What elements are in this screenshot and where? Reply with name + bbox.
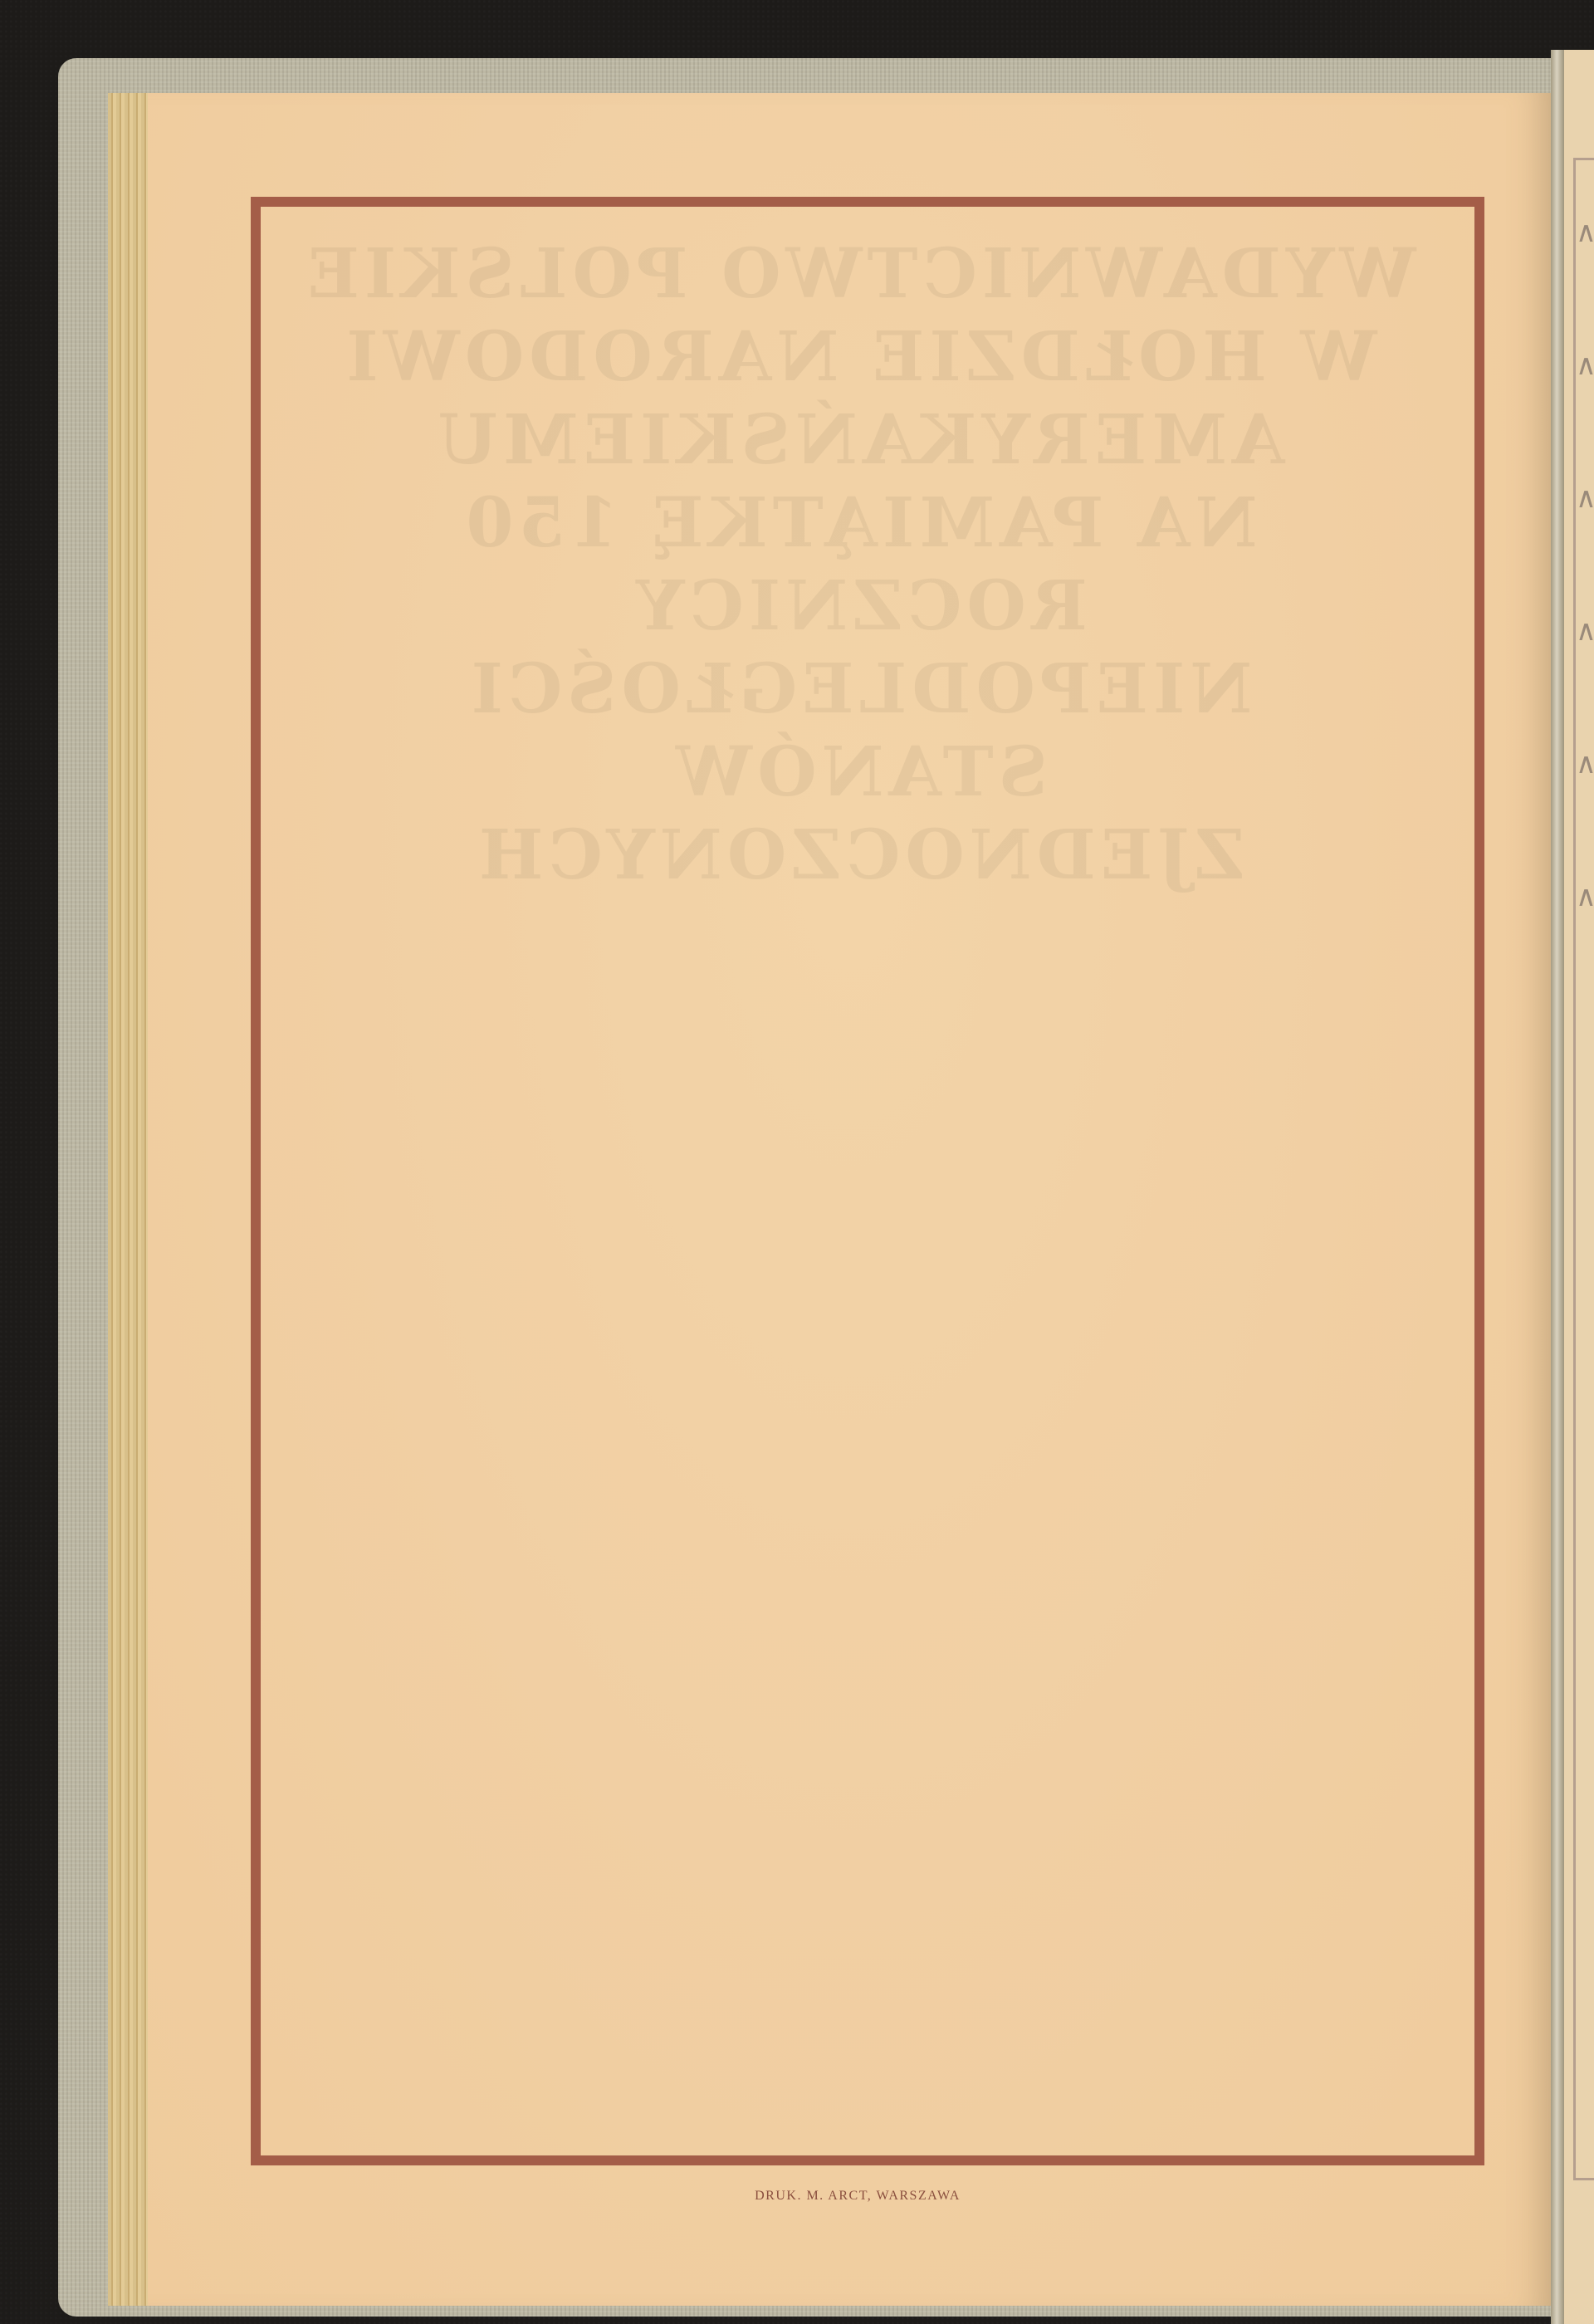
adjacent-page-ornament-icon: ∧ — [1576, 747, 1594, 797]
adjacent-page-ornament-icon: ∧ — [1576, 614, 1594, 664]
page-block-edges — [108, 93, 151, 2306]
imprint-text: DRUK. M. ARCT, WARSZAWA — [755, 2189, 961, 2203]
adjacent-page-ornament-icon: ∧ — [1576, 349, 1594, 399]
decorative-red-frame — [251, 197, 1484, 2165]
book-gutter — [1551, 50, 1564, 2324]
adjacent-page-frame — [1573, 158, 1594, 2180]
adjacent-page-ornament-icon: ∧ — [1576, 216, 1594, 266]
adjacent-page-ornament-icon: ∧ — [1576, 880, 1594, 930]
printer-imprint: DRUK. M. ARCT, WARSZAWA — [0, 2189, 1594, 2204]
adjacent-page-ornament-icon: ∧ — [1576, 482, 1594, 531]
